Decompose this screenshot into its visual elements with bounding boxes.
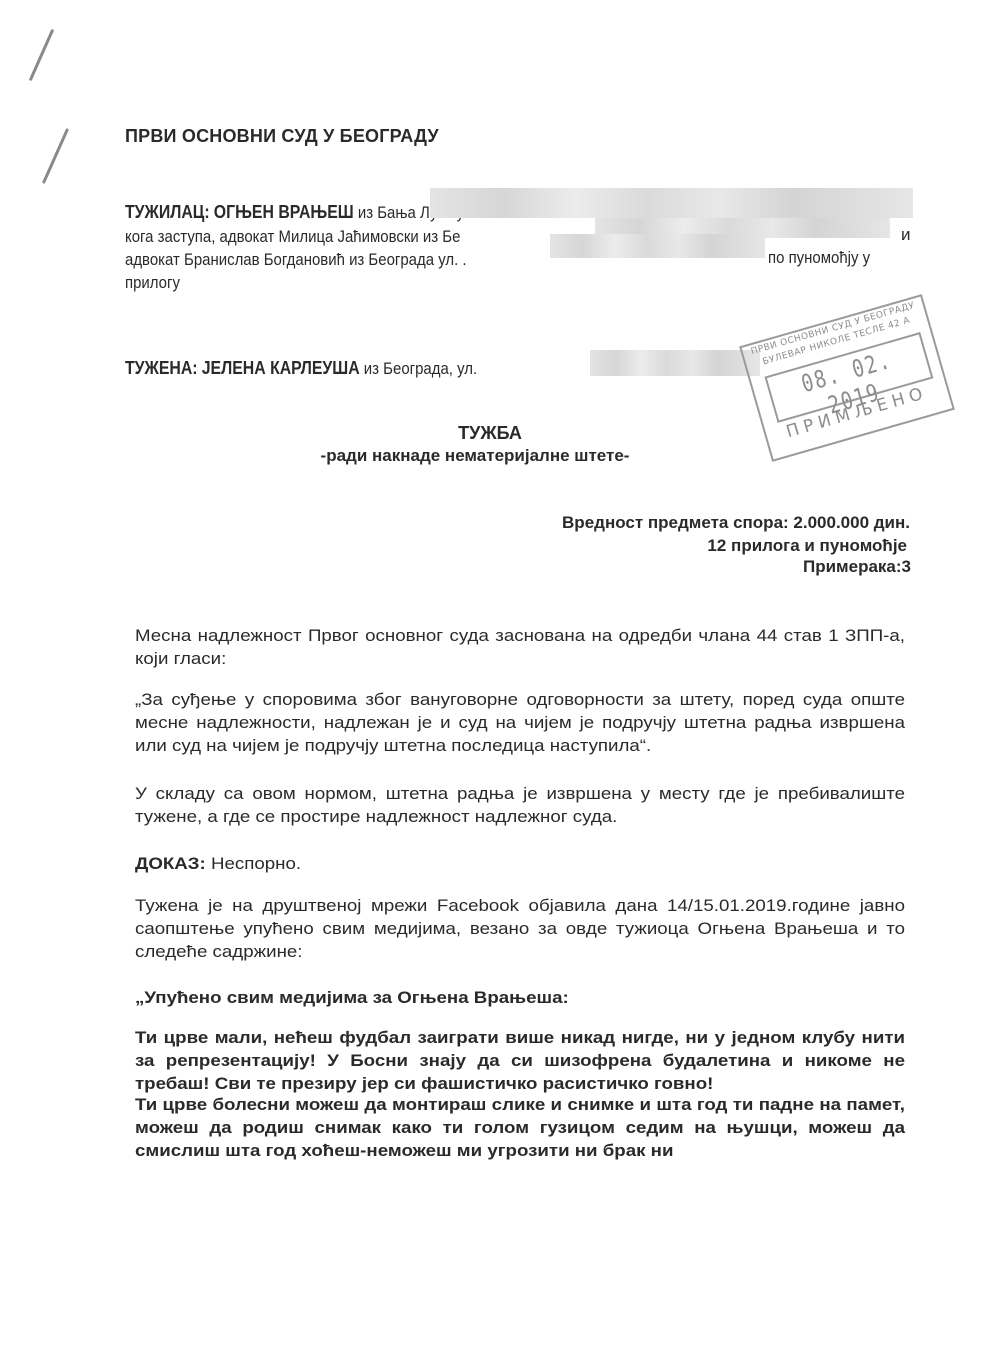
plaintiff-line-2-end: и [901,222,911,247]
dispute-value: Вредност предмета спора: 2.000.000 дин. [562,512,910,534]
defendant-label: ТУЖЕНА: [125,358,198,378]
post-body-1: Ти црве мали, нећеш фудбал заиграти више… [135,1026,905,1095]
post-body-2: Ти црве болесни можеш да монтираш слике … [135,1093,905,1162]
facebook-paragraph: Тужена је на друштвеној мрежи Facebook о… [135,894,905,963]
margin-pen-mark [42,128,69,184]
redacted-address [550,234,765,258]
court-title: ПРВИ ОСНОВНИ СУД У БЕОГРАДУ [125,126,439,147]
redacted-address [430,188,913,218]
document-subtitle: -ради накнаде нематеријалне штете- [0,446,975,466]
jurisdiction-paragraph: Месна надлежност Првог основног суда зас… [135,624,905,670]
law-quote-paragraph: „За суђење у споровима због вануговорне … [135,688,905,757]
plaintiff-line-2: кога заступа, адвокат Милица Јаћимовски … [125,224,460,249]
proof-label: ДОКАЗ: [135,854,206,873]
defendant-address: из Београда, ул. [364,359,477,378]
proof-line: ДОКАЗ: Неспорно. [135,852,905,875]
plaintiff-line-3: адвокат Бранислав Богдановић из Београда… [125,247,467,272]
document-title: ТУЖБА [0,423,990,444]
copies-count: Примерака:3 [803,556,911,578]
plaintiff-name: ОГЊЕН ВРАЊЕШ [214,202,354,222]
defendant-line: ТУЖЕНА: ЈЕЛЕНА КАРЛЕУША из Београда, ул. [125,356,477,381]
accordance-paragraph: У складу са овом нормом, штетна радња је… [135,782,905,828]
post-heading: „Упућено свим медијима за Огњена Врањеша… [135,986,905,1009]
redacted-address [590,350,760,376]
plaintiff-line-1: ТУЖИЛАЦ: ОГЊЕН ВРАЊЕШ из Бања Луке ул. [125,200,477,225]
plaintiff-line-3-end: по пуномоћју у [768,245,870,270]
attachments-count: 12 прилога и пуномоћје [707,535,907,557]
plaintiff-line-4: прилогу [125,270,180,295]
margin-pen-mark [29,29,55,81]
proof-value: Неспорно. [211,854,301,873]
defendant-name: ЈЕЛЕНА КАРЛЕУША [202,358,360,378]
plaintiff-label: ТУЖИЛАЦ: [125,202,210,222]
